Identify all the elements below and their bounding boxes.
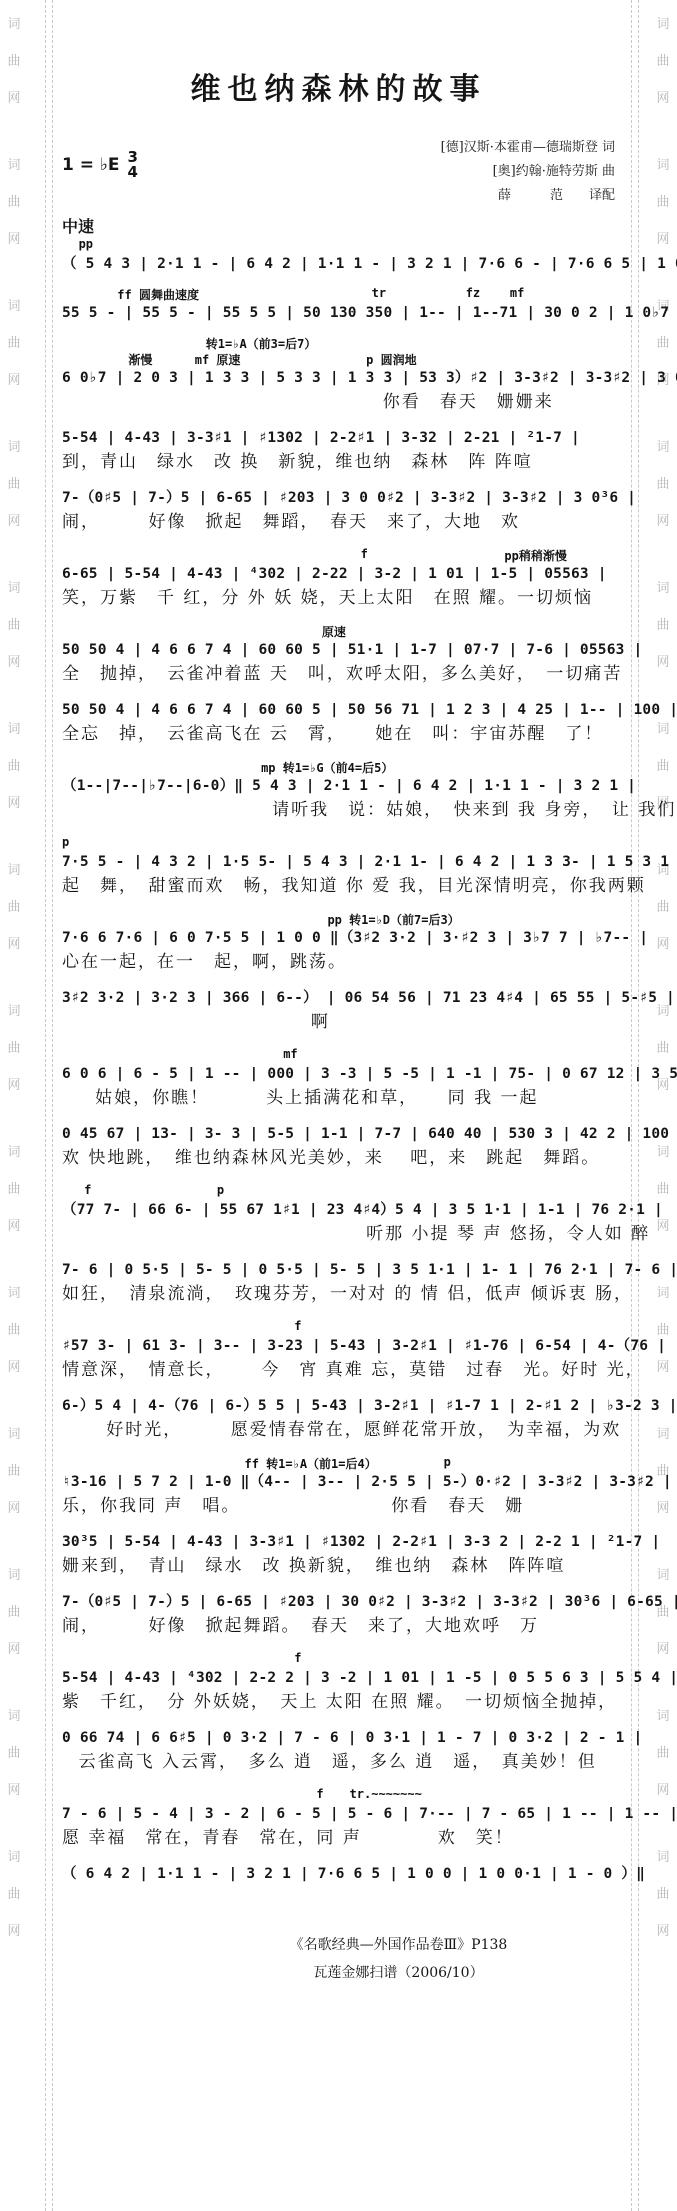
watermark-character: 词 (7, 864, 20, 877)
watermark-character: 网 (656, 515, 669, 528)
watermark-character: 词 (7, 159, 20, 172)
expression-marking: f (294, 1651, 301, 1665)
lyrics-line: 你看 春天 姗姗来 (62, 389, 615, 416)
time-signature: 3 4 (128, 150, 138, 180)
watermark-character: 词 (7, 1005, 20, 1018)
tempo-marking: 中速 (62, 214, 615, 237)
watermark-character: 词 (656, 18, 669, 31)
watermark-character: 曲 (656, 619, 669, 632)
watermark-character: 词 (656, 159, 669, 172)
watermark-character: 网 (7, 233, 20, 246)
expression-row: pp 转1=♭D（前7=后3） (62, 911, 615, 927)
lyrics-line: 云雀高飞 入云霄， 多么 逍 遥，多么 逍 遥， 真美妙！但 (62, 1749, 615, 1776)
watermark-character: 曲 (656, 1042, 669, 1055)
watermark-character: 曲 (656, 55, 669, 68)
watermark-character: 曲 (656, 1747, 669, 1760)
music-system: ff 转1=♭A（前1=后4）p ♮3-16 | 5 7 2 | 1-0 ‖（4… (62, 1455, 615, 1520)
lyrics-line: 到，青山 绿水 改 换 新貌，维也纳 森林 阵 阵喧 (62, 449, 615, 476)
watermark-character: 网 (7, 92, 20, 105)
expression-row: mf (62, 1047, 615, 1063)
lyrics-line: 闹， 好像 掀起 舞蹈， 春天 来了，大地 欢 (62, 509, 615, 536)
lyrics-line: 姑娘，你瞧！ 头上插满花和草， 同 我 一起 (62, 1085, 615, 1112)
notation-line: （ 5 4 3 | 2·1 1 - | 6 4 2 | 1·1 1 - | 3 … (62, 253, 615, 275)
music-system: mf 6 0 6 | 6 - 5 | 1 -- | 000 | 3 -3 | 5… (62, 1047, 615, 1112)
watermark-character: 曲 (7, 55, 20, 68)
watermark-character: 曲 (656, 1324, 669, 1337)
expression-marking: f (84, 1183, 91, 1197)
sheet-music-page: 词曲网词曲网词曲网词曲网词曲网词曲网词曲网词曲网词曲网词曲网词曲网词曲网词曲网词… (0, 0, 677, 2211)
lyrics-line: 好时光， 愿爱情春常在，愿鲜花常开放， 为幸福，为欢 (62, 1417, 615, 1444)
music-system: p 7·5 5 - | 4 3 2 | 1·5 5- | 5 4 3 | 2·1… (62, 835, 615, 900)
notation-line: 55 5 - | 55 5 - | 55 5 5 | 50 130 350 | … (62, 302, 615, 324)
expression-marking: p (62, 835, 69, 849)
expression-marking: p (444, 1455, 451, 1469)
watermark-character: 词 (656, 1146, 669, 1159)
lyrics-line: 听那 小提 琴 声 悠扬，令人如 醉 (62, 1221, 615, 1248)
watermark-character: 网 (656, 1361, 669, 1374)
expression-row: p (62, 835, 615, 851)
source-footer: 《名歌经典—外国作品卷Ⅲ》P138 瓦莲金娜扫谱（2006/10） (62, 1931, 615, 1987)
music-system: mp 转1=♭G（前4=后5） （1--|7--|♭7--|6-0）‖ 5 4 … (62, 759, 615, 824)
expression-marking: pp (79, 237, 93, 251)
watermark-character: 网 (656, 656, 669, 669)
watermark-character: 词 (7, 300, 20, 313)
watermark-character: 曲 (7, 196, 20, 209)
expression-row: 转1=♭A（前3=后7） (62, 335, 615, 351)
key-signature: 1 = ♭E 3 4 (62, 150, 138, 180)
watermark-character: 网 (656, 1502, 669, 1515)
watermark-character: 曲 (7, 1324, 20, 1337)
watermark-character: 网 (656, 938, 669, 951)
watermark-character: 网 (7, 1220, 20, 1233)
watermark-character: 词 (656, 1710, 669, 1723)
expression-marking: f (294, 1319, 301, 1333)
watermark-character: 词 (7, 582, 20, 595)
watermark-character: 词 (7, 1287, 20, 1300)
notation-line: 7·5 5 - | 4 3 2 | 1·5 5- | 5 4 3 | 2·1 1… (62, 851, 615, 873)
notation-line: 30³5 | 5-54 | 4-43 | 3-3♯1 | ♯1302 | 2-2… (62, 1531, 615, 1553)
expression-marking: f (316, 1787, 323, 1801)
notation-line: 6-）5 4 | 4-（76 | 6-）5 5 | 5-43 | 3-2♯1 |… (62, 1395, 615, 1417)
lyricist-credit: [德]汉斯·本霍甫—德瑞斯登 词 (441, 136, 615, 160)
watermark-character: 网 (7, 1361, 20, 1374)
watermark-character: 曲 (7, 1183, 20, 1196)
watermark-character: 曲 (7, 1042, 20, 1055)
watermark-character: 曲 (7, 1606, 20, 1619)
watermark-character: 网 (7, 938, 20, 951)
expression-marking: ff 转1=♭A（前1=后4） (244, 1455, 376, 1472)
expression-marking: pp 转1=♭D（前7=后3） (327, 911, 459, 928)
expression-marking: tr (372, 286, 386, 300)
music-system: 3♯2 3·2 | 3·2 3 | 366 | 6--） | 06 54 56 … (62, 987, 615, 1036)
notation-line: 7 - 6 | 5 - 4 | 3 - 2 | 6 - 5 | 5 - 6 | … (62, 1803, 615, 1825)
notation-line: 6 0 6 | 6 - 5 | 1 -- | 000 | 3 -3 | 5 -5… (62, 1063, 615, 1085)
watermark-character: 曲 (7, 1888, 20, 1901)
watermark-character: 词 (656, 441, 669, 454)
notation-line: 0 45 67 | 13- | 3- 3 | 5-5 | 1-1 | 7-7 |… (62, 1123, 615, 1145)
watermark-character: 词 (7, 1569, 20, 1582)
page-title: 维也纳森林的故事 (62, 64, 615, 108)
watermark-character: 词 (656, 1428, 669, 1441)
notation-line: （1--|7--|♭7--|6-0）‖ 5 4 3 | 2·1 1 - | 6 … (62, 775, 615, 797)
expression-marking: p 圆润地 (366, 351, 416, 368)
meta-row: 1 = ♭E 3 4 [德]汉斯·本霍甫—德瑞斯登 词 [奥]约翰·施特劳斯 曲… (62, 136, 615, 208)
lyrics-line: 情意深， 情意长， 今 宵 真难 忘，莫错 过春 光。好时 光， (62, 1357, 615, 1384)
watermark-character: 曲 (656, 1888, 669, 1901)
expression-row: ff 圆舞曲速度trfzmf (62, 286, 615, 302)
notation-line: ♮3-16 | 5 7 2 | 1-0 ‖（4-- | 3-- | 2·5 5 … (62, 1471, 615, 1493)
watermark-character: 曲 (656, 901, 669, 914)
notation-line: （77 7- | 66 6- | 55 67 1♯1 | 23 4♯4）5 4 … (62, 1199, 615, 1221)
expression-row: fpp稍稍渐慢 (62, 547, 615, 563)
watermark-character: 网 (7, 1643, 20, 1656)
watermark-character: 词 (7, 723, 20, 736)
notation-line: 5-54 | 4-43 | 3-3♯1 | ♯1302 | 2-2♯1 | 3-… (62, 427, 615, 449)
music-system: 6-）5 4 | 4-（76 | 6-）5 5 | 5-43 | 3-2♯1 |… (62, 1395, 615, 1444)
music-system: 7- 6 | 0 5·5 | 5- 5 | 0 5·5 | 5- 5 | 3 5… (62, 1259, 615, 1308)
watermark-character: 网 (7, 1502, 20, 1515)
music-system: 7-（0♯5 | 7-）5 | 6-65 | ♯203 | 30 0♯2 | 3… (62, 1591, 615, 1640)
source-book: 《名歌经典—外国作品卷Ⅲ》P138 (182, 1931, 615, 1959)
expression-row: mp 转1=♭G（前4=后5） (62, 759, 615, 775)
music-system: （ 6 4 2 | 1·1 1 - | 3 2 1 | 7·6 6 5 | 1 … (62, 1863, 615, 1885)
expression-row: ftr.~~~~~~~ (62, 1787, 615, 1803)
watermark-character: 网 (7, 797, 20, 810)
music-system: f ♯57 3- | 61 3- | 3-- | 3-23 | 5-43 | 3… (62, 1319, 615, 1384)
music-system: ff 圆舞曲速度trfzmf 55 5 - | 55 5 - | 55 5 5 … (62, 286, 615, 324)
expression-marking: 原速 (322, 623, 346, 640)
watermark-character: 曲 (7, 760, 20, 773)
music-system: fpp稍稍渐慢 6-65 | 5-54 | 4-43 | ⁴302 | 2-22… (62, 547, 615, 612)
expression-row: ff 转1=♭A（前1=后4）p (62, 1455, 615, 1471)
expression-marking: tr.~~~~~~~ (350, 1787, 422, 1801)
watermark-character: 曲 (7, 619, 20, 632)
lyrics-line: 全忘 掉， 云雀高飞在 云 霄， 她在 叫：宇宙苏醒 了！ (62, 721, 615, 748)
watermark-character: 词 (656, 1851, 669, 1864)
margin-dashed-line (45, 0, 46, 2211)
score-content: 维也纳森林的故事 1 = ♭E 3 4 [德]汉斯·本霍甫—德瑞斯登 词 [奥]… (62, 64, 615, 1987)
lyrics-line: 乐，你我同 声 唱。 你看 春天 姗 (62, 1493, 615, 1520)
expression-row: pp (62, 237, 615, 253)
expression-row: fp (62, 1183, 615, 1199)
expression-marking: mf (283, 1047, 297, 1061)
lyrics-line: 闹， 好像 掀起舞蹈。 春天 来了，大地欢呼 万 (62, 1613, 615, 1640)
music-system: 0 66 74 | 6 6♯5 | 0 3·2 | 7 - 6 | 0 3·1 … (62, 1727, 615, 1776)
watermark-character: 词 (656, 1569, 669, 1582)
expression-marking: 渐慢 (128, 351, 152, 368)
watermark-right: 词曲网词曲网词曲网词曲网词曲网词曲网词曲网词曲网词曲网词曲网词曲网词曲网词曲网词… (653, 6, 673, 2211)
notation-line: 3♯2 3·2 | 3·2 3 | 366 | 6--） | 06 54 56 … (62, 987, 615, 1009)
watermark-character: 词 (7, 441, 20, 454)
lyrics-line: 欢 快地跳， 维也纳森林风光美妙，来 吧，来 跳起 舞蹈。 (62, 1145, 615, 1172)
music-system: 7-（0♯5 | 7-）5 | 6-65 | ♯203 | 3 0 0♯2 | … (62, 487, 615, 536)
watermark-character: 曲 (7, 478, 20, 491)
watermark-character: 词 (7, 1710, 20, 1723)
expression-marking: fz (466, 286, 480, 300)
lyrics-line: 笑，万紫 千 红，分 外 妖 娆，天上太阳 在照 耀。一切烦恼 (62, 585, 615, 612)
watermark-character: 曲 (7, 337, 20, 350)
notation-line: 0 66 74 | 6 6♯5 | 0 3·2 | 7 - 6 | 0 3·1 … (62, 1727, 615, 1749)
music-system: ftr.~~~~~~~ 7 - 6 | 5 - 4 | 3 - 2 | 6 - … (62, 1787, 615, 1852)
expression-marking: 转1=♭A（前3=后7） (206, 335, 317, 352)
watermark-character: 网 (656, 1925, 669, 1938)
notation-line: （ 6 4 2 | 1·1 1 - | 3 2 1 | 7·6 6 5 | 1 … (62, 1863, 615, 1885)
translator-credit: 薛 范 译配 (441, 184, 615, 208)
notation-line: 50 50 4 | 4 6 6 7 4 | 60 60 5 | 50 56 71… (62, 699, 615, 721)
watermark-character: 词 (7, 18, 20, 31)
lyrics-line: 请听我 说：姑娘， 快来到 我 身旁， 让 我们 (62, 797, 615, 824)
lyrics-line: 全 抛掉， 云雀冲着蓝 天 叫，欢呼太阳，多么美好， 一切痛苦 (62, 661, 615, 688)
expression-marking: pp稍稍渐慢 (504, 547, 566, 564)
watermark-character: 词 (656, 582, 669, 595)
watermark-character: 曲 (656, 478, 669, 491)
credits: [德]汉斯·本霍甫—德瑞斯登 词 [奥]约翰·施特劳斯 曲 薛 范 译配 (441, 136, 615, 208)
notation-line: 7-（0♯5 | 7-）5 | 6-65 | ♯203 | 3 0 0♯2 | … (62, 487, 615, 509)
key-root: 1 = ♭E (62, 155, 120, 175)
notation-line: ♯57 3- | 61 3- | 3-- | 3-23 | 5-43 | 3-2… (62, 1335, 615, 1357)
expression-marking: mf 原速 (195, 351, 241, 368)
watermark-character: 网 (7, 1784, 20, 1797)
watermark-character: 网 (7, 1925, 20, 1938)
lyrics-line: 姗来到， 青山 绿水 改 换新貌， 维也纳 森林 阵阵喧 (62, 1553, 615, 1580)
watermark-character: 网 (656, 92, 669, 105)
notation-line: 6-65 | 5-54 | 4-43 | ⁴302 | 2-22 | 3-2 |… (62, 563, 615, 585)
watermark-character: 词 (7, 1851, 20, 1864)
watermark-character: 网 (7, 515, 20, 528)
music-system: 5-54 | 4-43 | 3-3♯1 | ♯1302 | 2-2♯1 | 3-… (62, 427, 615, 476)
watermark-character: 网 (656, 1220, 669, 1233)
watermark-character: 曲 (656, 760, 669, 773)
music-system: 转1=♭A（前3=后7） 渐慢mf 原速p 圆润地 6 0♭7 | 2 0 3 … (62, 335, 615, 416)
music-systems: pp （ 5 4 3 | 2·1 1 - | 6 4 2 | 1·1 1 - |… (62, 237, 615, 1885)
watermark-character: 曲 (7, 901, 20, 914)
time-signature-bottom: 4 (128, 165, 138, 180)
lyrics-line: 愿 幸福 常在，青春 常在，同 声 欢 笑！ (62, 1825, 615, 1852)
watermark-character: 词 (656, 1287, 669, 1300)
expression-marking: mf (510, 286, 524, 300)
watermark-character: 曲 (7, 1747, 20, 1760)
lyrics-line: 啊 (62, 1009, 615, 1036)
lyrics-line: 如狂， 清泉流淌， 玫瑰芬芳，一对对 的 情 侣，低声 倾诉衷 肠， (62, 1281, 615, 1308)
composer-credit: [奥]约翰·施特劳斯 曲 (441, 160, 615, 184)
music-system: 原速 50 50 4 | 4 6 6 7 4 | 60 60 5 | 51·1 … (62, 623, 615, 688)
expression-marking: mp 转1=♭G（前4=后5） (261, 759, 393, 776)
margin-dashed-line (52, 0, 53, 2211)
expression-row: f (62, 1319, 615, 1335)
notation-line: 7- 6 | 0 5·5 | 5- 5 | 0 5·5 | 5- 5 | 3 5… (62, 1259, 615, 1281)
watermark-character: 网 (656, 1784, 669, 1797)
watermark-character: 网 (7, 374, 20, 387)
watermark-character: 曲 (7, 1465, 20, 1478)
expression-row: 原速 (62, 623, 615, 639)
music-system: pp （ 5 4 3 | 2·1 1 - | 6 4 2 | 1·1 1 - |… (62, 237, 615, 275)
expression-marking: f (361, 547, 368, 561)
watermark-left: 词曲网词曲网词曲网词曲网词曲网词曲网词曲网词曲网词曲网词曲网词曲网词曲网词曲网词… (4, 6, 24, 2211)
music-system: fp （77 7- | 66 6- | 55 67 1♯1 | 23 4♯4）5… (62, 1183, 615, 1248)
notation-line: 6 0♭7 | 2 0 3 | 1 3 3 | 5 3 3 | 1 3 3 | … (62, 367, 615, 389)
lyrics-line: 起 舞， 甜蜜而欢 畅，我知道 你 爱 我，目光深情明亮，你我两颗 (62, 873, 615, 900)
watermark-character: 词 (656, 723, 669, 736)
watermark-character: 网 (7, 1079, 20, 1092)
notation-line: 7-（0♯5 | 7-）5 | 6-65 | ♯203 | 30 0♯2 | 3… (62, 1591, 615, 1613)
expression-row: 渐慢mf 原速p 圆润地 (62, 351, 615, 367)
music-system: 50 50 4 | 4 6 6 7 4 | 60 60 5 | 50 56 71… (62, 699, 615, 748)
watermark-character: 曲 (656, 337, 669, 350)
watermark-character: 曲 (656, 1183, 669, 1196)
music-system: 30³5 | 5-54 | 4-43 | 3-3♯1 | ♯1302 | 2-2… (62, 1531, 615, 1580)
notation-line: 5-54 | 4-43 | ⁴302 | 2-2 2 | 3 -2 | 1 01… (62, 1667, 615, 1689)
notation-line: 50 50 4 | 4 6 6 7 4 | 60 60 5 | 51·1 | 1… (62, 639, 615, 661)
expression-row: f (62, 1651, 615, 1667)
expression-marking: ff 圆舞曲速度 (117, 286, 199, 303)
transcriber-note: 瓦莲金娜扫谱（2006/10） (182, 1959, 615, 1987)
watermark-character: 网 (7, 656, 20, 669)
watermark-character: 网 (656, 233, 669, 246)
watermark-character: 网 (656, 1643, 669, 1656)
watermark-character: 曲 (656, 196, 669, 209)
music-system: 0 45 67 | 13- | 3- 3 | 5-5 | 1-1 | 7-7 |… (62, 1123, 615, 1172)
lyrics-line: 紫 千红， 分 外妖娆， 天上 太阳 在照 耀。 一切烦恼全抛掉， (62, 1689, 615, 1716)
music-system: f 5-54 | 4-43 | ⁴302 | 2-2 2 | 3 -2 | 1 … (62, 1651, 615, 1716)
expression-marking: p (217, 1183, 224, 1197)
notation-line: 7·6 6 7·6 | 6 0 7·5 5 | 1 0 0 ‖（3♯2 3·2 … (62, 927, 615, 949)
watermark-character: 词 (656, 1005, 669, 1018)
music-system: pp 转1=♭D（前7=后3） 7·6 6 7·6 | 6 0 7·5 5 | … (62, 911, 615, 976)
watermark-character: 词 (7, 1146, 20, 1159)
watermark-character: 词 (7, 1428, 20, 1441)
lyrics-line: 心在一起，在一 起，啊，跳荡。 (62, 949, 615, 976)
